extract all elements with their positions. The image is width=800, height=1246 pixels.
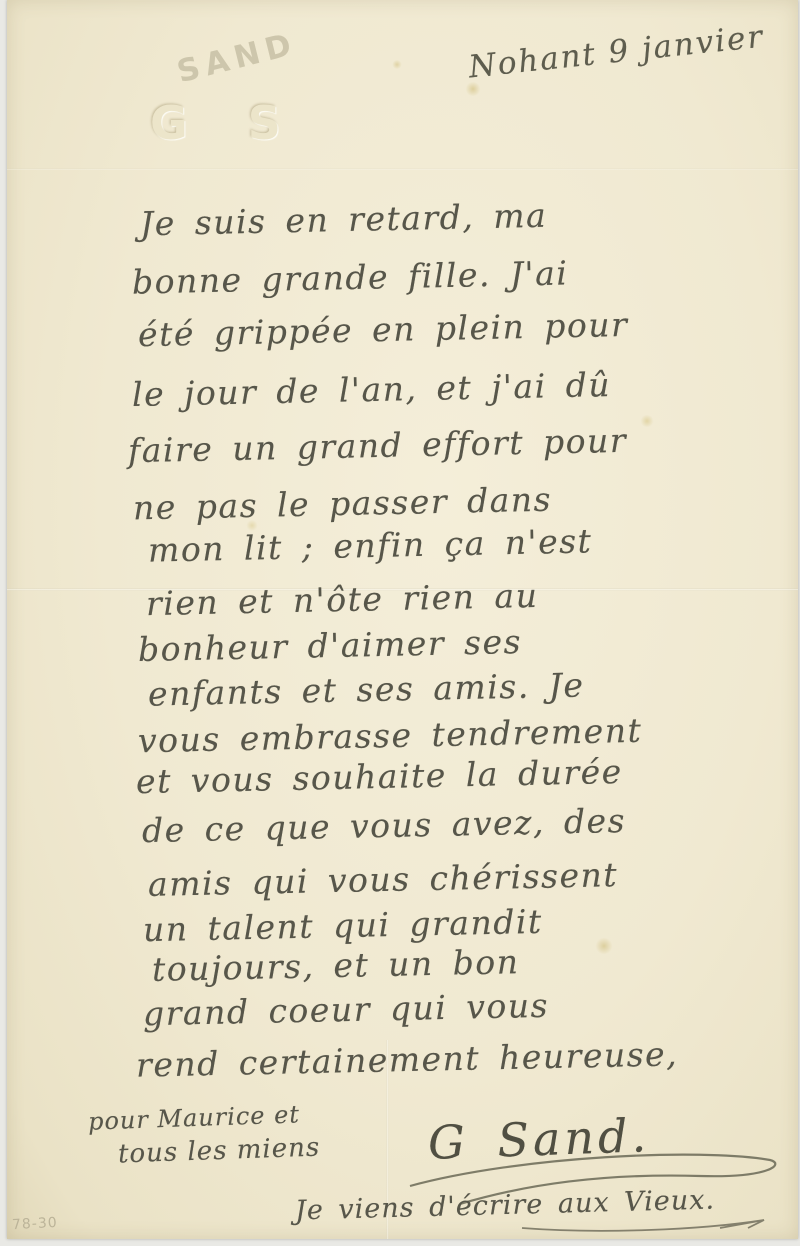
letter-line-9: bonheur d'aimer ses xyxy=(138,622,523,669)
letter-line-16: toujours, et un bon xyxy=(152,942,520,989)
embossed-monogram: G S xyxy=(150,96,303,150)
fold-crease-top xyxy=(7,168,798,170)
letter-line-8: rien et n'ôte rien au xyxy=(146,576,539,623)
letter-scan: SAND G S Nohant 9 janvier Je suis en ret… xyxy=(0,0,800,1246)
signature: G Sand. xyxy=(427,1108,651,1170)
inventory-number: 78-30 xyxy=(12,1215,58,1233)
